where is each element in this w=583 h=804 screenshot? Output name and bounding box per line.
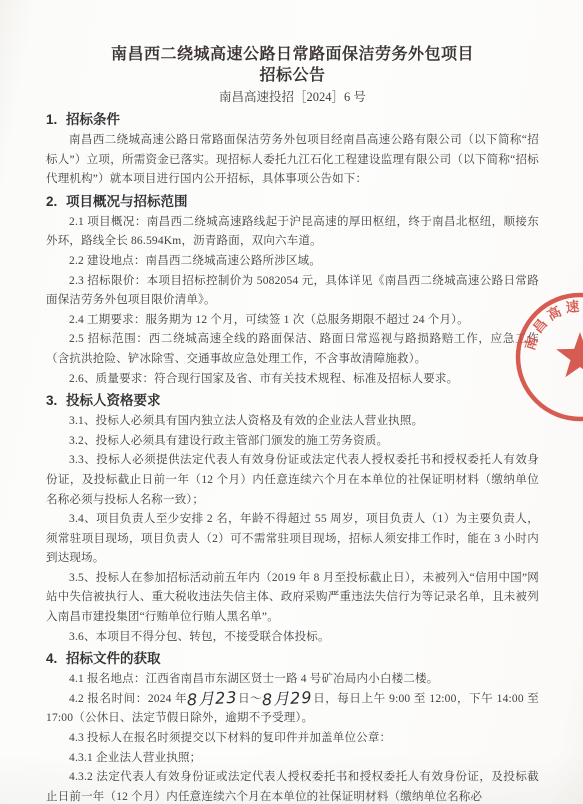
paragraph-2-3: 2.3 招标限价：本项目招标控制价为 5082054 元，具体详见《南昌西二绕城… <box>46 272 539 311</box>
document-number: 南昌高速投招［2024］6 号 <box>46 87 539 108</box>
paragraph-2-1: 2.1 项目概况：南昌西二绕城高速路线起于沪昆高速的厚田枢纽，终于南昌北枢纽，顺… <box>46 213 539 252</box>
paragraph-3-5: 3.5、投标人在参加招标活动前五年内（2019 年 8 月至投标截止日），未被列… <box>46 569 539 628</box>
paragraph-3-3: 3.3、投标人必须提供法定代表人有效身份证或法定代表人授权委托书和授权委托人有效… <box>46 451 539 510</box>
date-separator: 日～ <box>238 693 263 705</box>
section-2-number: 2. <box>46 194 57 209</box>
paragraph-4-3-1: 4.3.1 企业法人营业执照； <box>46 749 539 769</box>
section-1-title: 招标条件 <box>66 112 120 127</box>
section-3-title: 投标人资格要求 <box>66 393 161 408</box>
section-1-number: 1. <box>46 112 57 127</box>
paragraph-2-6: 2.6、质量要求：符合现行国家及省、市有关技术规程、标准及招标人要求。 <box>46 370 539 390</box>
paragraph-3-6: 3.6、本项目不得分包、转包，不接受联合体投标。 <box>46 628 539 648</box>
paragraph-2-2: 2.2 建设地点：南昌西二绕城高速公路所涉区域。 <box>46 252 539 272</box>
paragraph-2-4: 2.4 工期要求：服务期为 12 个月，可续签 1 次（总服务期限不超过 24 … <box>46 311 539 331</box>
section-2-title: 项目概况与招标范围 <box>66 194 188 209</box>
section-1-heading: 1.招标条件 <box>46 109 539 131</box>
section-4-title: 招标文件的获取 <box>66 651 161 666</box>
paragraph-3-4: 3.4、项目负责人至少安排 2 名，年龄不得超过 55 周岁，项目负责人（1）为… <box>46 510 539 569</box>
document-title-line1: 南昌西二绕城高速公路日常路面保洁劳务外包项目 <box>46 44 539 65</box>
paragraph-2-5: 2.5 招标范围：西二绕城高速全线的路面保洁、路面日常巡视与路损路赔工作，应急工… <box>46 330 539 369</box>
section-4-number: 4. <box>46 651 57 666</box>
seal-star-icon <box>556 332 583 377</box>
document-title-line2: 招标公告 <box>46 65 539 86</box>
paragraph-4-1: 4.1 报名地点：江西省南昌市东湖区贤士一路 4 号矿冶局内小白楼二楼。 <box>46 670 539 690</box>
paragraph-4-2: 4.2 报名时间：2024 年8月23日～8月29日，每日上午 9:00 至 1… <box>46 690 539 729</box>
section-3-heading: 3.投标人资格要求 <box>46 390 539 412</box>
scanned-document-page: 南昌西二绕城高速公路日常路面保洁劳务外包项目 招标公告 南昌高速投招［2024］… <box>0 0 583 804</box>
section-3-number: 3. <box>46 393 57 408</box>
registration-time-text: 4.2 报名时间：2024 年 <box>69 693 187 705</box>
paragraph-4-3-2: 4.3.2 法定代表人有效身份证或法定代表人授权委托书和授权委托人有效身份证，及… <box>46 768 539 804</box>
paragraph-3-1: 3.1、投标人必须具有国内独立法人资格及有效的企业法人营业执照。 <box>46 412 539 432</box>
paragraph-3-2: 3.2、投标人必须具有建设行政主管部门颁发的施工劳务资质。 <box>46 432 539 452</box>
handwritten-date-start: 8月23 <box>187 690 238 709</box>
section-2-heading: 2.项目概况与招标范围 <box>46 191 539 213</box>
section-4-heading: 4.招标文件的获取 <box>46 648 539 670</box>
paragraph-1-1: 南昌西二绕城高速公路日常路面保洁劳务外包项目经南昌高速公路有限公司（以下简称“招… <box>46 131 539 190</box>
handwritten-date-end: 8月29 <box>262 690 313 709</box>
paragraph-4-3: 4.3 投标人在报名时须提交以下材料的复印件并加盖单位公章： <box>46 729 539 749</box>
